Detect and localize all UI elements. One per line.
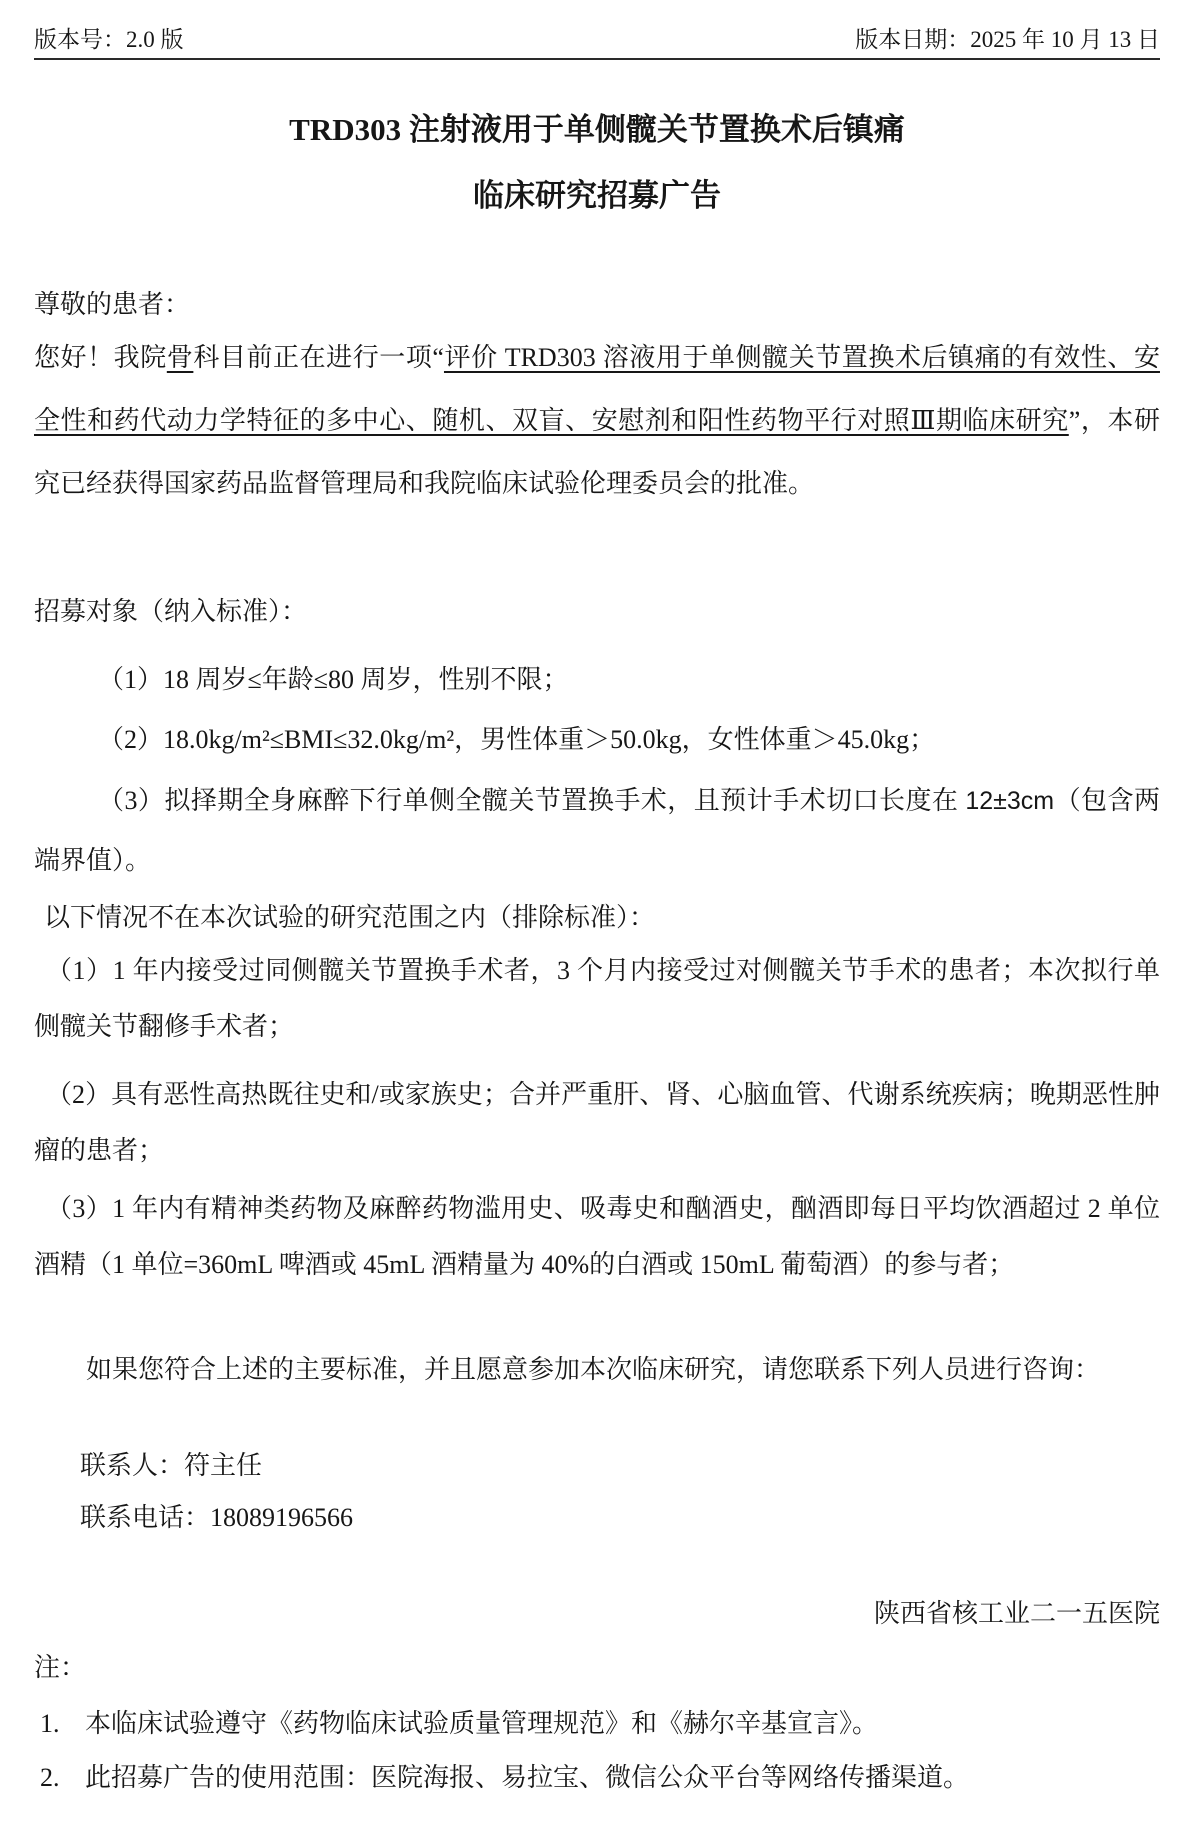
inclusion-item-1: （1）18 周岁≤年龄≤80 周岁，性别不限； (34, 663, 1160, 697)
note-item-1: 1. 本临床试验遵守《药物临床试验质量管理规范》和《赫尔辛基宣言》。 (34, 1707, 1160, 1741)
notes-heading: 注： (34, 1651, 1160, 1685)
version-label: 版本号：2.0 版 (34, 26, 184, 54)
contact-person: 联系人：符主任 (34, 1449, 1160, 1483)
inclusion-item-2: （2）18.0kg/m²≤BMI≤32.0kg/m²，男性体重＞50.0kg，女… (34, 723, 1160, 757)
intro-paragraph: 您好！我院骨科目前正在进行一项“评价 TRD303 溶液用于单侧髋关节置换术后镇… (34, 326, 1160, 515)
exclusion-item-3: （3）1 年内有精神类药物及麻醉药物滥用史、吸毒史和酗酒史，酗酒即每日平均饮酒超… (34, 1181, 1160, 1293)
exclusion-heading: 以下情况不在本次试验的研究范围之内（排除标准）： (34, 901, 1160, 935)
version-date-label: 版本日期：2025 年 10 月 13 日 (855, 26, 1160, 54)
closing-paragraph: 如果您符合上述的主要标准，并且愿意参加本次临床研究，请您联系下列人员进行咨询： (34, 1353, 1160, 1387)
exclusion-item-2: （2）具有恶性高热既往史和/或家族史；合并严重肝、肾、心脑血管、代谢系统疾病；晚… (34, 1067, 1160, 1179)
intro-mid: 科目前正在进行一项“ (193, 343, 444, 372)
exclusion-item-1: （1）1 年内接受过同侧髋关节置换手术者，3 个月内接受过对侧髋关节手术的患者；… (34, 943, 1160, 1055)
intro-pre: 您好！我院 (34, 343, 167, 372)
document-title-line1: TRD303 注射液用于单侧髋关节置换术后镇痛 (34, 110, 1160, 150)
note-2-text: 此招募广告的使用范围：医院海报、易拉宝、微信公众平台等网络传播渠道。 (85, 1761, 1160, 1795)
note-1-number: 1. (40, 1707, 85, 1741)
note-1-text: 本临床试验遵守《药物临床试验质量管理规范》和《赫尔辛基宣言》。 (85, 1707, 1160, 1741)
incision-length-value: 12±3cm (965, 787, 1054, 815)
note-2-number: 2. (40, 1761, 85, 1795)
inclusion-heading: 招募对象（纳入标准）： (34, 595, 1160, 629)
inclusion-item-3: （3）拟择期全身麻醉下行单侧全髋关节置换手术，且预计手术切口长度在 12±3cm… (34, 771, 1160, 891)
hospital-signature: 陕西省核工业二一五医院 (34, 1597, 1160, 1631)
note-item-2: 2. 此招募广告的使用范围：医院海报、易拉宝、微信公众平台等网络传播渠道。 (34, 1761, 1160, 1795)
document-page: 版本号：2.0 版 版本日期：2025 年 10 月 13 日 TRD303 注… (0, 0, 1194, 1840)
contact-phone: 联系电话：18089196566 (34, 1501, 1160, 1535)
document-header: 版本号：2.0 版 版本日期：2025 年 10 月 13 日 (34, 26, 1160, 60)
inclusion-item-3-pre: （3）拟择期全身麻醉下行单侧全髋关节置换手术，且预计手术切口长度在 (98, 786, 965, 815)
document-title-line2: 临床研究招募广告 (34, 176, 1160, 216)
salutation: 尊敬的患者： (34, 288, 1160, 322)
intro-underlined-char: 骨 (167, 343, 194, 372)
